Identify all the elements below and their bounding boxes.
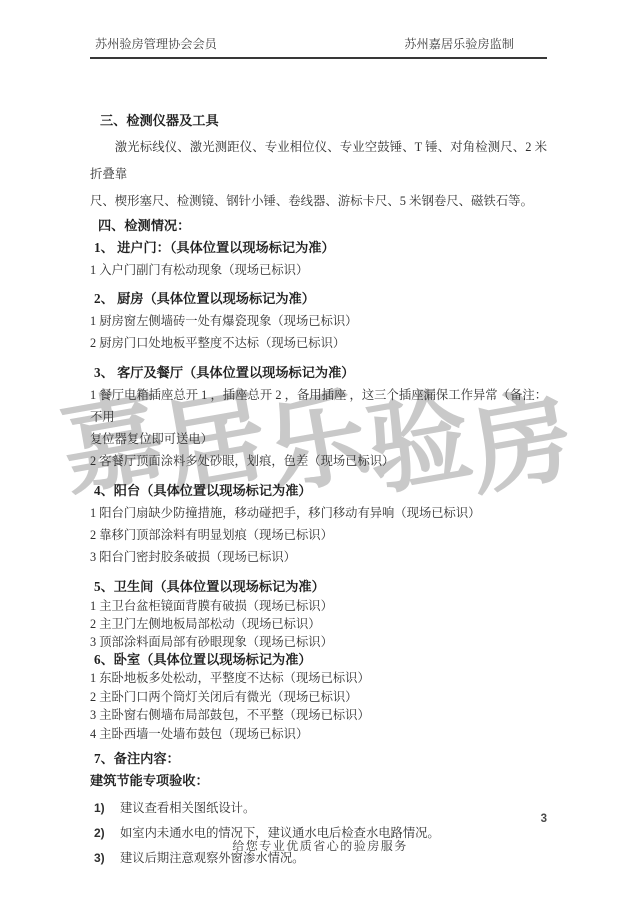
header-left-text: 苏州验房管理协会会员 (90, 35, 217, 52)
defect-item: 3 阳台门密封胶条破损（现场已标识） (90, 546, 547, 568)
room-section-bathroom: 5、卫生间（具体位置以现场标记为准） 1 主卫台盆柜镜面背膜有破损（现场已标识）… (90, 576, 547, 651)
document-page: 嘉居乐验房 苏州验房管理协会会员 苏州嘉居乐验房监制 三、检测仪器及工具 激光标… (0, 0, 640, 905)
notes-list: 1) 建议查看相关图纸设计。 2) 如室内未通水电的情况下，建议通水电后检查水电… (90, 796, 547, 871)
room-section-kitchen: 2、 厨房（具体位置以现场标记为准） 1 厨房窗左侧墙砖一处有爆瓷现象（现场已标… (90, 288, 547, 354)
defect-item: 2 靠移门顶部涂料有明显划痕（现场已标识） (90, 524, 547, 546)
header-right-text: 苏州嘉居乐验房监制 (404, 35, 547, 52)
room-section-living-dining: 3、 客厅及餐厅（具体位置以现场标记为准） 1 餐厅电箱插座总开 1 ，插座总开… (90, 362, 547, 472)
room-section-bedroom: 6、卧室（具体位置以现场标记为准） 1 东卧地板多处松动，平整度不达标（现场已标… (90, 651, 547, 743)
page-number: 3 (90, 813, 547, 825)
defect-item: 1 入户门副门有松动现象（现场已标识） (90, 259, 547, 281)
room-heading: 6、卧室（具体位置以现场标记为准） (90, 651, 547, 669)
room-section-entry-door: 1、 进户门：（具体位置以现场标记为准） 1 入户门副门有松动现象（现场已标识） (90, 237, 547, 281)
page-header: 苏州验房管理协会会员 苏州嘉居乐验房监制 (90, 35, 547, 59)
energy-acceptance-subtitle: 建筑节能专项验收： (90, 770, 547, 792)
defect-item: 4 主卧西墙一处墙布鼓包（现场已标识） (90, 725, 547, 744)
room-section-balcony: 4、阳台（具体位置以现场标记为准） 1 阳台门扇缺少防撞措施，移动碰把手，移门移… (90, 480, 547, 568)
section-3-title: 三、检测仪器及工具 (90, 107, 547, 134)
section-7-title: 7、备注内容： (90, 748, 547, 770)
defect-item: 1 东卧地板多处松动，平整度不达标（现场已标识） (90, 669, 547, 688)
defect-item: 3 顶部涂料面局部有砂眼现象（现场已标识） (90, 633, 547, 651)
section-4-title: 四、检测情况： (90, 215, 547, 237)
defect-item: 2 主卧门口两个筒灯关闭后有微光（现场已标识） (90, 688, 547, 707)
room-heading: 2、 厨房（具体位置以现场标记为准） (90, 288, 547, 310)
defect-item: 1 主卫台盆柜镜面背膜有破损（现场已标识） (90, 597, 547, 615)
defect-item: 1 阳台门扇缺少防撞措施，移动碰把手，移门移动有异响（现场已标识） (90, 502, 547, 524)
room-heading: 5、卫生间（具体位置以现场标记为准） (90, 576, 547, 597)
footer-slogan: 给您专业优质省心的验房服务 (0, 837, 640, 854)
defect-item: 1 厨房窗左侧墙砖一处有爆瓷现象（现场已标识） (90, 310, 547, 332)
defect-item: 2 厨房门口处地板平整度不达标（现场已标识） (90, 332, 547, 354)
room-heading: 4、阳台（具体位置以现场标记为准） (90, 480, 547, 502)
defect-item: 2 主卫门左侧地板局部松动（现场已标识） (90, 615, 547, 633)
document-body: 三、检测仪器及工具 激光标线仪、激光测距仪、专业相位仪、专业空鼓锤、T 锤、对角… (90, 107, 547, 871)
defect-item: 1 餐厅电箱插座总开 1 ，插座总开 2 ，备用插座 ，这三个插座漏保工作异常（… (90, 384, 547, 450)
tools-paragraph: 激光标线仪、激光测距仪、专业相位仪、专业空鼓锤、T 锤、对角检测尺、2 米折叠靠… (90, 134, 547, 215)
room-heading: 1、 进户门：（具体位置以现场标记为准） (90, 237, 547, 259)
defect-item: 3 主卧窗右侧墙布局部鼓包，不平整（现场已标识） (90, 706, 547, 725)
defect-item: 2 客餐厅顶面涂料多处砂眼，划痕，色差（现场已标识） (90, 450, 547, 472)
room-heading: 3、 客厅及餐厅（具体位置以现场标记为准） (90, 362, 547, 384)
